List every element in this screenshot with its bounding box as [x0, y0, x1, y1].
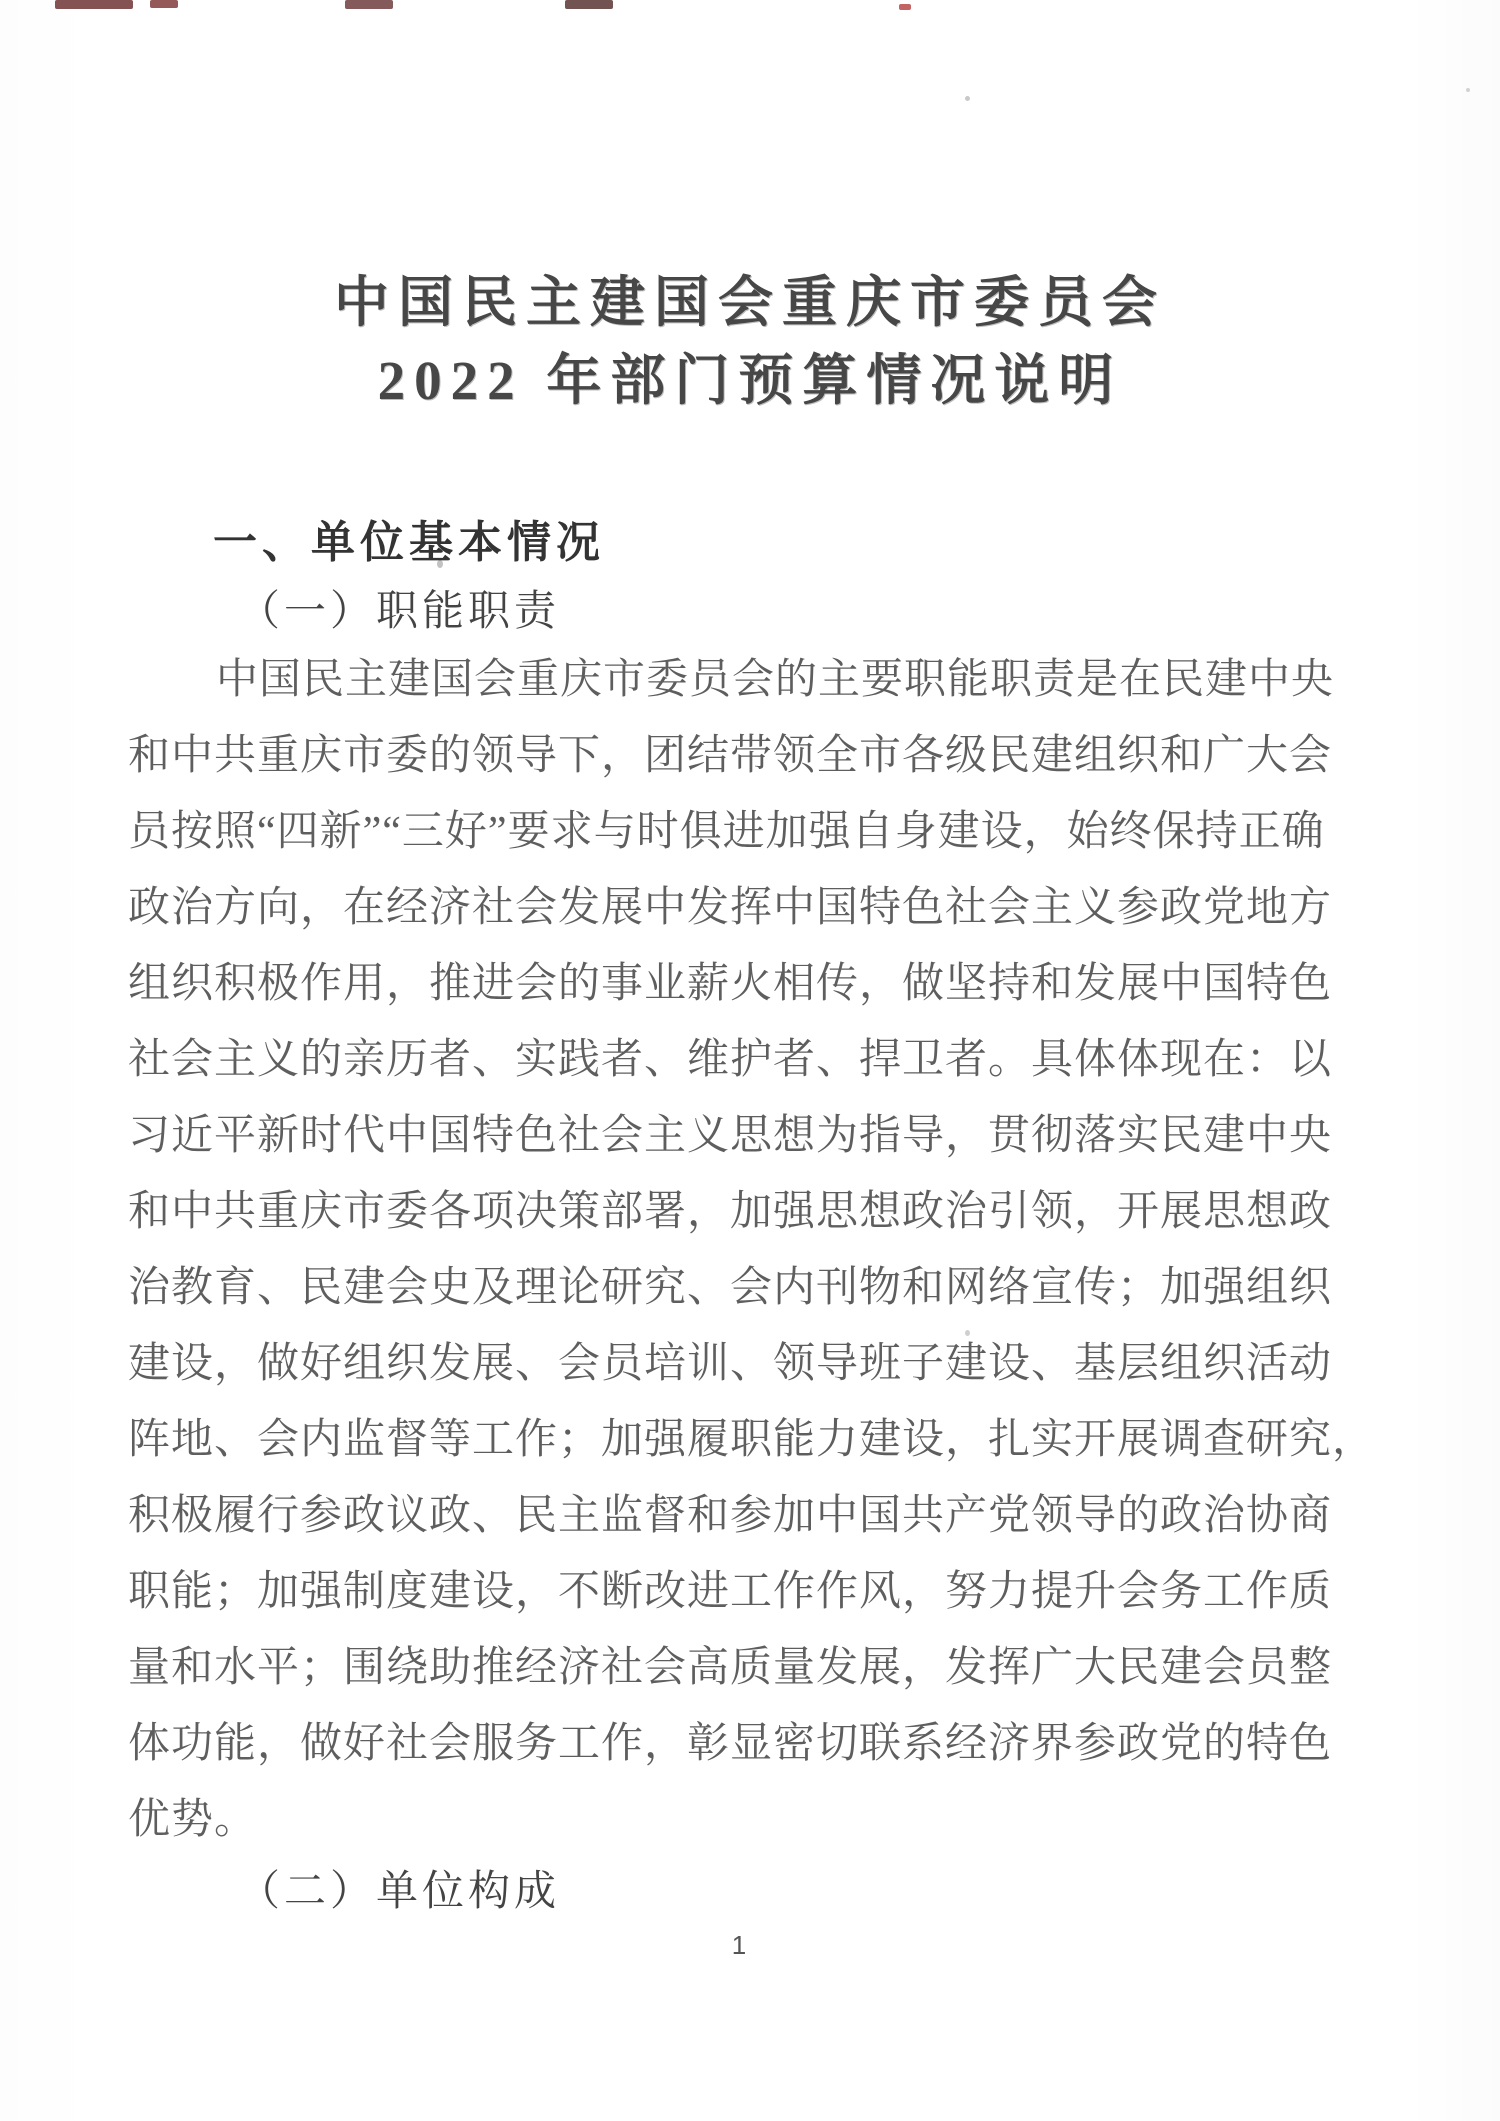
document-title-line2: 2022 年部门预算情况说明 [0, 336, 1500, 415]
document-page: 中国民主建国会重庆市委员会 2022 年部门预算情况说明 一、单位基本情况 （一… [0, 0, 1500, 2121]
paragraph-line: 政治方向，在经济社会发展中发挥中国特色社会主义参政党地方 [128, 870, 1318, 946]
paragraph-line: 员按照“四新”“三好”要求与时俱进加强自身建设，始终保持正确 [128, 794, 1318, 870]
paragraph-line: 阵地、会内监督等工作；加强履职能力建设，扎实开展调查研究， [128, 1402, 1318, 1478]
paragraph-line: 积极履行参政议政、民主监督和参加中国共产党领导的政治协商 [128, 1478, 1318, 1554]
paragraph-line: 习近平新时代中国特色社会主义思想为指导，贯彻落实民建中央 [128, 1098, 1318, 1174]
scan-artifact [150, 0, 178, 8]
page-number: 1 [0, 1930, 1478, 1961]
scan-artifact [345, 0, 393, 9]
body-paragraph: 中国民主建国会重庆市委员会的主要职能职责是在民建中央 和中共重庆市委的领导下，团… [128, 642, 1318, 1858]
paragraph-line: 体功能，做好社会服务工作，彰显密切联系经济界参政党的特色 [128, 1706, 1318, 1782]
paragraph-line: 职能；加强制度建设，不断改进工作作风，努力提升会务工作质 [128, 1554, 1318, 1630]
paragraph-line: 建设，做好组织发展、会员培训、领导班子建设、基层组织活动 [128, 1326, 1318, 1402]
paragraph-line: 和中共重庆市委的领导下，团结带领全市各级民建组织和广大会 [128, 718, 1318, 794]
paragraph-line: 社会主义的亲历者、实践者、维护者、捍卫者。具体体现在：以 [128, 1022, 1318, 1098]
paragraph-line: 治教育、民建会史及理论研究、会内刊物和网络宣传；加强组织 [128, 1250, 1318, 1326]
subsection-heading-duties: （一）职能职责 [238, 578, 560, 638]
scan-artifact [55, 0, 133, 9]
paragraph-line: 和中共重庆市委各项决策部署，加强思想政治引领，开展思想政 [128, 1174, 1318, 1250]
scan-artifact [1466, 88, 1470, 92]
paragraph-line: 组织积极作用，推进会的事业薪火相传，做坚持和发展中国特色 [128, 946, 1318, 1022]
paragraph-line: 量和水平；围绕助推经济社会高质量发展，发挥广大民建会员整 [128, 1630, 1318, 1706]
scan-artifact [965, 96, 970, 101]
paragraph-line: 优势。 [128, 1782, 1318, 1858]
section-heading-unit-basic-info: 一、单位基本情况 [213, 506, 605, 570]
document-title-line1: 中国民主建国会重庆市委员会 [0, 258, 1500, 337]
scan-artifact [565, 0, 613, 9]
paragraph-line: 中国民主建国会重庆市委员会的主要职能职责是在民建中央 [128, 642, 1318, 718]
scan-artifact [899, 4, 911, 10]
subsection-heading-unit-composition: （二）单位构成 [238, 1858, 560, 1918]
